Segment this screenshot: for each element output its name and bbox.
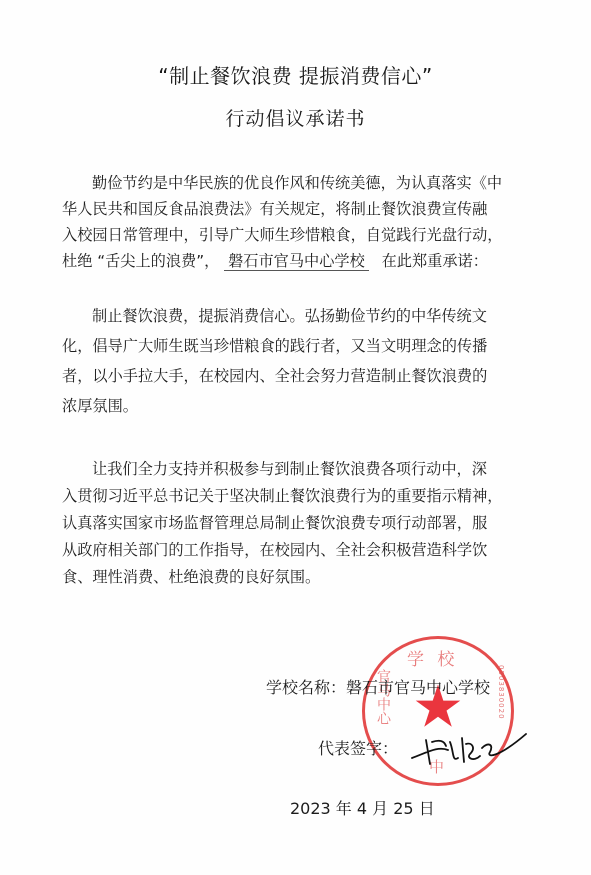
paragraph-line: 化，倡导广大师生既当珍惜粮食的践行者，又当文明理念的传播 <box>62 335 487 357</box>
paragraph-line: 制止餐饮浪费，提振消费信心。弘扬勤俭节约的中华传统文 <box>92 305 487 327</box>
school-name-blank: 磐石市官马中心学校 <box>224 252 369 271</box>
school-name-value: 磐石市官马中心学校 <box>346 678 490 697</box>
paragraph-line: 食、理性消费、杜绝浪费的良好氛围。 <box>62 566 320 588</box>
paragraph-line: 者，以小手拉大手，在校园内、全社会努力营造制止餐饮浪费的 <box>62 365 487 387</box>
stamp-top-text: 学 校 <box>407 645 458 670</box>
representative-row: 代表签字： <box>318 736 398 759</box>
paragraph-line: 入贯彻习近平总书记关于坚决制止餐饮浪费行为的重要指示精神， <box>62 485 502 507</box>
line-suffix: 在此郑重承诺： <box>382 252 488 270</box>
stamp-code: 0503830020 <box>497 665 505 720</box>
document-title: “制止餐饮浪费 提振消费信心” <box>0 60 591 89</box>
document-subtitle: 行动倡议承诺书 <box>0 104 591 131</box>
paragraph-line: 杜绝 “舌尖上的浪费”， 磐石市官马中心学校 在此郑重承诺： <box>62 250 488 272</box>
document-page: “制止餐饮浪费 提振消费信心” 行动倡议承诺书 勤俭节约是中华民族的优良作风和传… <box>0 0 591 875</box>
paragraph-line: 让我们全力支持并积极参与到制止餐饮浪费各项行动中，深 <box>92 458 487 480</box>
document-date: 2023 年 4 月 25 日 <box>290 796 435 819</box>
representative-label: 代表签字： <box>318 739 398 758</box>
paragraph-line: 从政府相关部门的工作指导，在校园内、全社会积极营造科学饮 <box>62 539 487 561</box>
school-name-label: 学校名称： <box>266 678 346 697</box>
handwritten-signature <box>408 728 528 768</box>
paragraph-line: 浓厚氛围。 <box>62 395 138 417</box>
paragraph-line: 认真落实国家市场监督管理总局制止餐饮浪费专项行动部署，服 <box>62 512 487 534</box>
paragraph-line: 入校园日常管理中，引导广大师生珍惜粮食，自觉践行光盘行动， <box>62 224 502 246</box>
paragraph-line: 华人民共和国反食品浪费法》有关规定，将制止餐饮浪费宣传融 <box>62 198 487 220</box>
school-name-row: 学校名称：磐石市官马中心学校 <box>266 675 490 698</box>
line-prefix: 杜绝 “舌尖上的浪费”， <box>62 252 219 270</box>
paragraph-line: 勤俭节约是中华民族的优良作风和传统美德，为认真落实《中 <box>92 172 502 194</box>
